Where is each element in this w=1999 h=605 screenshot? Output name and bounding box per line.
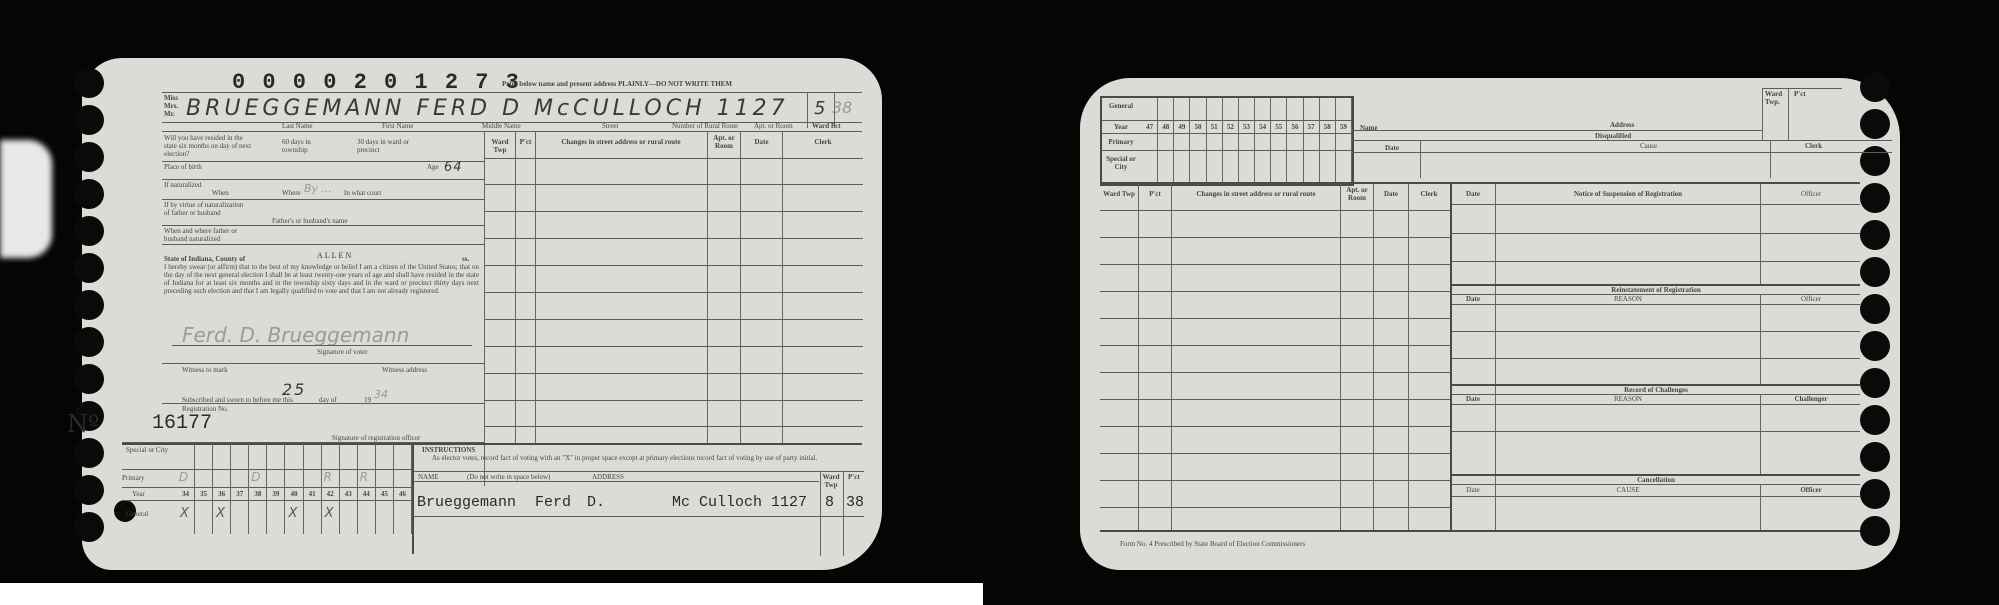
year-label: 48 [1158,123,1173,131]
divider [1762,88,1763,140]
punch-hole [1860,109,1890,139]
year-column: D38 [249,444,267,534]
year-column: 56 [1287,98,1303,184]
table-row-line [1100,264,1450,265]
year-label: 57 [1304,123,1319,131]
registration-card-front: 0 0 0 0 2 0 1 2 7 3 Print below name and… [82,58,882,570]
year-label: 53 [1239,123,1254,131]
label-ward: Ward Twp [822,473,840,489]
divider [1352,152,1892,153]
label-naturalized: If naturalized [164,181,204,189]
typed-address: Mc Culloch 1127 [672,494,807,511]
punch-hole [74,327,104,357]
divider [1340,184,1341,530]
label-parent-naturalization: If by virtue of naturalization of father… [164,201,244,217]
divider [535,131,536,443]
divider [162,179,484,180]
reinstatement-officer: Officer [1761,295,1861,303]
cancellation-date: Date [1452,486,1494,494]
residence-question: Will you have resided in the state six m… [164,134,254,158]
col-pct: P'ct [1139,190,1171,198]
year-column: 48 [1158,98,1174,184]
year-label: 46 [394,490,411,498]
year-columns: D34X3536X37D383940X41R42X43R444546 [177,444,412,534]
divider [414,471,864,472]
divider [162,403,484,404]
divider [1452,431,1860,432]
year-column: 37 [231,444,249,534]
primary-mark: D [179,470,188,484]
col-pct: P'ct [516,138,535,146]
year-column: 39 [267,444,285,534]
divider [1452,331,1860,332]
voter-signature: Ferd. D. Brueggemann [182,323,409,347]
punch-hole [1860,146,1890,176]
col-changes: Changes in street address or rural route [536,138,706,146]
divider [162,161,484,162]
label-address: ADDRESS [592,473,624,481]
label-when: When [212,189,229,197]
punch-hole [74,438,104,468]
signature-line [172,345,472,346]
row-label-year: Year [132,490,145,498]
year-column: 54 [1255,98,1271,184]
divider [162,199,484,200]
punch-hole [74,253,104,283]
divider [1452,358,1860,359]
table-row-line [485,265,863,266]
divider [1373,184,1374,530]
divider [162,225,484,226]
label-number: Number of Rural Route [672,122,738,130]
punch-hole [74,475,104,505]
divider [1420,140,1421,178]
divider [1762,88,1842,89]
table-row-line [1100,237,1450,238]
divider [1452,404,1860,405]
label-witness-mark: Witness to mark [182,366,228,374]
general-mark: X [288,506,297,521]
year-column: 40X [285,444,303,534]
year-column: 35 [195,444,213,534]
row-label-primary: Primary [122,474,145,482]
divider [414,481,819,482]
divider [1760,394,1761,474]
divider [1100,182,1860,184]
divider [162,363,484,364]
general-mark: X [180,506,189,521]
year-column: 43 [340,444,358,534]
voting-grid-back: General Year Primary Special or City 474… [1100,96,1354,186]
registration-number: 16177 [152,412,212,435]
year-label: 56 [1287,123,1302,131]
label-last-name: Last Name [282,122,313,130]
year-column: 36X [213,444,231,534]
year-label: 42 [322,490,339,498]
year-columns: 47484950515253545556575859 [1142,98,1352,184]
label-ward-pct: Ward Pct [812,122,841,130]
label-street: Street [602,122,618,130]
punch-hole [1860,257,1890,287]
row-label-special: Special or City [122,446,172,454]
punch-hole [1860,331,1890,361]
table-row-line [1100,345,1450,346]
divider [782,131,783,443]
divider [1788,88,1789,140]
divider [707,131,708,443]
table-row-line [485,346,863,347]
year-column: 45 [376,444,394,534]
label-cause: Cause [1640,142,1657,150]
year-column: 49 [1174,98,1190,184]
label-60-days: 60 days in township [282,138,332,154]
label-disqualified: Disqualified [1595,132,1631,140]
divider [1171,184,1172,530]
oath-state-county: State of Indiana, County of [164,255,245,263]
year-label: 37 [231,490,248,498]
divider [843,471,844,556]
label-birthplace: Place of birth [164,163,204,171]
divider [1770,140,1771,178]
divider [1352,140,1892,141]
year-label: 35 [195,490,212,498]
row-label-year: Year [1102,123,1140,131]
suspension-officer: Officer [1761,190,1861,198]
divider [162,92,862,93]
divider [1352,130,1762,131]
label-parent-when: When and where father or husband natural… [164,227,254,243]
punch-hole [74,142,104,172]
year-label: 39 [267,490,284,498]
handwritten-name-address: BRUEGGEMANN FERD D McCULLOCH 1127 [186,96,789,121]
scan-glare [0,140,52,258]
table-row-line [485,373,863,374]
year-column: 59 [1336,98,1352,184]
primary-mark: R [324,470,332,484]
divider [414,516,864,517]
punch-hole [1860,516,1890,546]
divider [1760,484,1761,530]
year-column: 57 [1304,98,1320,184]
label-apt: Apt. or Room [754,122,793,130]
label-registration-officer: Signature of registration officer [332,434,420,442]
label-no-write: (Do not write in space below) [467,473,550,481]
primary-mark: D [251,470,260,484]
year-column: 41 [304,444,322,534]
year-label: 47 [1142,123,1157,131]
col-apt: Apt. or Room [1341,186,1373,202]
table-row-line [1100,399,1450,400]
table-row-line [485,238,863,239]
typed-middle-initial: D. [587,494,605,511]
col-apt: Apt. or Room [708,134,740,150]
typed-pct: 38 [846,494,864,511]
typed-ward: 8 [825,494,834,511]
punch-hole [1860,368,1890,398]
county-value: ALLEN [317,251,353,260]
row-label-general: General [1102,102,1140,110]
punch-hole [74,105,104,135]
year-label: 59 [1336,123,1351,131]
year-label: 49 [1174,123,1189,131]
year-label: 55 [1271,123,1286,131]
col-clerk: Clerk [1409,190,1449,198]
print-notice: Print below name and present address PLA… [502,80,732,88]
divider [1452,261,1860,262]
challenges-title: Record of Challenges [1452,386,1860,394]
challenges-challenger: Challenger [1761,395,1861,403]
age-value: 64 [444,160,463,175]
table-row-line [485,400,863,401]
punch-hole [1860,405,1890,435]
punch-hole [74,364,104,394]
row-label-primary: Primary [1102,138,1140,146]
cancellation-officer: Officer [1761,486,1861,494]
divider [412,444,414,554]
table-row-line [1100,210,1450,211]
year-column: D34X [177,444,195,534]
divider [515,131,516,443]
table-row-line [485,319,863,320]
year-label: 34 [177,490,194,498]
label-where: Where [282,189,301,197]
year-label: 40 [285,490,302,498]
instructions-title: INSTRUCTIONS [422,446,475,454]
divider [1452,484,1860,485]
prefix-mr: Mr. [164,110,184,118]
year-column: 52 [1223,98,1239,184]
challenges-reason: REASON [1496,395,1760,403]
pct-box-value: 38 [832,98,852,117]
year-column: 46 [394,444,412,534]
where-value: By ... [304,182,332,195]
year-label: 51 [1207,123,1222,131]
divider [162,131,862,132]
year-label: 43 [340,490,357,498]
prefix-miss: Miss [164,94,184,102]
table-row-line [1100,372,1450,373]
ward-box-value: 5 [814,98,825,119]
divider [1100,530,1860,532]
year-label: 54 [1255,123,1270,131]
table-row-line [1100,291,1450,292]
label-date: Date [1385,144,1399,152]
year-column: 55 [1271,98,1287,184]
punch-hole [1860,72,1890,102]
year-column: R42X [322,444,340,534]
primary-mark: R [360,470,368,484]
col-changes: Changes in street address or rural route [1172,190,1340,198]
table-row-line [485,292,863,293]
reinstatement-title: Reinstatement of Registration [1452,286,1860,294]
divider [1408,184,1409,530]
year-label: 36 [213,490,230,498]
table-row-line [1100,426,1450,427]
suspension-date: Date [1452,190,1494,198]
title-prefixes: Miss Mrs. Mr. [164,94,184,118]
label-middle-name: Middle Name [482,122,521,130]
year-label: 45 [376,490,393,498]
label-pct: P'ct [1794,90,1806,98]
table-row-line [485,158,863,159]
label-first-name: First Name [382,122,413,130]
divider [1452,496,1860,497]
row-label-general: General [126,510,148,518]
cancellation-title: Cancellation [1452,476,1860,484]
punch-hole [1860,183,1890,213]
col-ward-twp: Ward Twp [1100,190,1138,198]
year-label: 44 [358,490,375,498]
divider [1452,304,1860,305]
label-clerk: Clerk [1805,142,1822,150]
label-signature-voter: Signature of voter [317,348,368,356]
reinstatement-date: Date [1452,295,1494,303]
divider [820,471,821,556]
col-date: Date [741,138,782,146]
registration-card-back: General Year Primary Special or City 474… [1080,78,1900,570]
col-ward-twp: Ward Twp [485,138,515,154]
punch-hole [74,216,104,246]
label-30-days: 30 days in ward or precinct [357,138,417,154]
label-court: In what court [344,189,381,197]
punch-hole [74,68,104,98]
challenges-date: Date [1452,395,1494,403]
divider [1760,294,1761,384]
typed-first-name: Ferd [535,494,571,511]
oath-ss: ss. [462,255,469,263]
label-pct: P'ct [848,473,860,481]
year-column: R44 [358,444,376,534]
prefix-mrs: Mrs. [164,102,184,110]
punch-hole [74,179,104,209]
general-mark: X [216,506,225,521]
col-date: Date [1374,190,1408,198]
day-value: 25 [282,380,306,399]
suspension-title: Notice of Suspension of Registration [1496,190,1760,198]
year-column: 53 [1239,98,1255,184]
year-column: 47 [1142,98,1158,184]
punch-hole [74,512,104,542]
divider [162,244,484,245]
no-symbol: Nº [67,410,99,438]
year-column: 50 [1190,98,1206,184]
punch-hole [1860,220,1890,250]
form-footer: Form No. 4 Prescribed by State Board of … [1120,540,1305,548]
table-row-line [1100,318,1450,319]
punch-hole [1860,294,1890,324]
voting-grid-front: Special or City Primary Year General D34… [122,444,412,544]
divider [1138,184,1139,530]
year-label: 52 [1223,123,1238,131]
divider [740,131,741,443]
punch-hole [1860,479,1890,509]
cancellation-cause: CAUSE [1496,486,1760,494]
table-row-line [485,426,863,427]
year-value: 34 [374,388,388,401]
instructions-text: As elector votes, record fact of voting … [432,454,852,462]
table-row-line [485,184,863,185]
row-label-special: Special or City [1102,155,1140,171]
table-row-line [1100,507,1450,508]
year-column: 51 [1207,98,1223,184]
table-row-line [485,211,863,212]
oath-text: I hereby swear (or affirm) that to the b… [164,263,479,295]
label-name: NAME [418,473,439,481]
col-clerk: Clerk [783,138,863,146]
divider [1452,233,1860,234]
typed-last-name: Brueggemann [417,494,516,511]
table-row-line [1100,453,1450,454]
table-row-line [1100,480,1450,481]
punch-hole [1860,442,1890,472]
general-mark: X [325,506,334,521]
year-label: 50 [1190,123,1205,131]
year-label: 41 [304,490,321,498]
label-ward: Ward Twp. [1765,90,1787,106]
label-witness-address: Witness address [382,366,427,374]
divider [1452,204,1860,205]
year-column: 58 [1320,98,1336,184]
divider [1760,184,1761,284]
year-label: 38 [249,490,266,498]
label-parent-name: Father's or husband's name [272,217,347,225]
scan-border [0,583,983,605]
punch-hole [74,290,104,320]
label-address: Address [1610,121,1634,129]
year-label: 58 [1320,123,1335,131]
label-age: Age [427,163,439,171]
reinstatement-reason: REASON [1496,295,1760,303]
